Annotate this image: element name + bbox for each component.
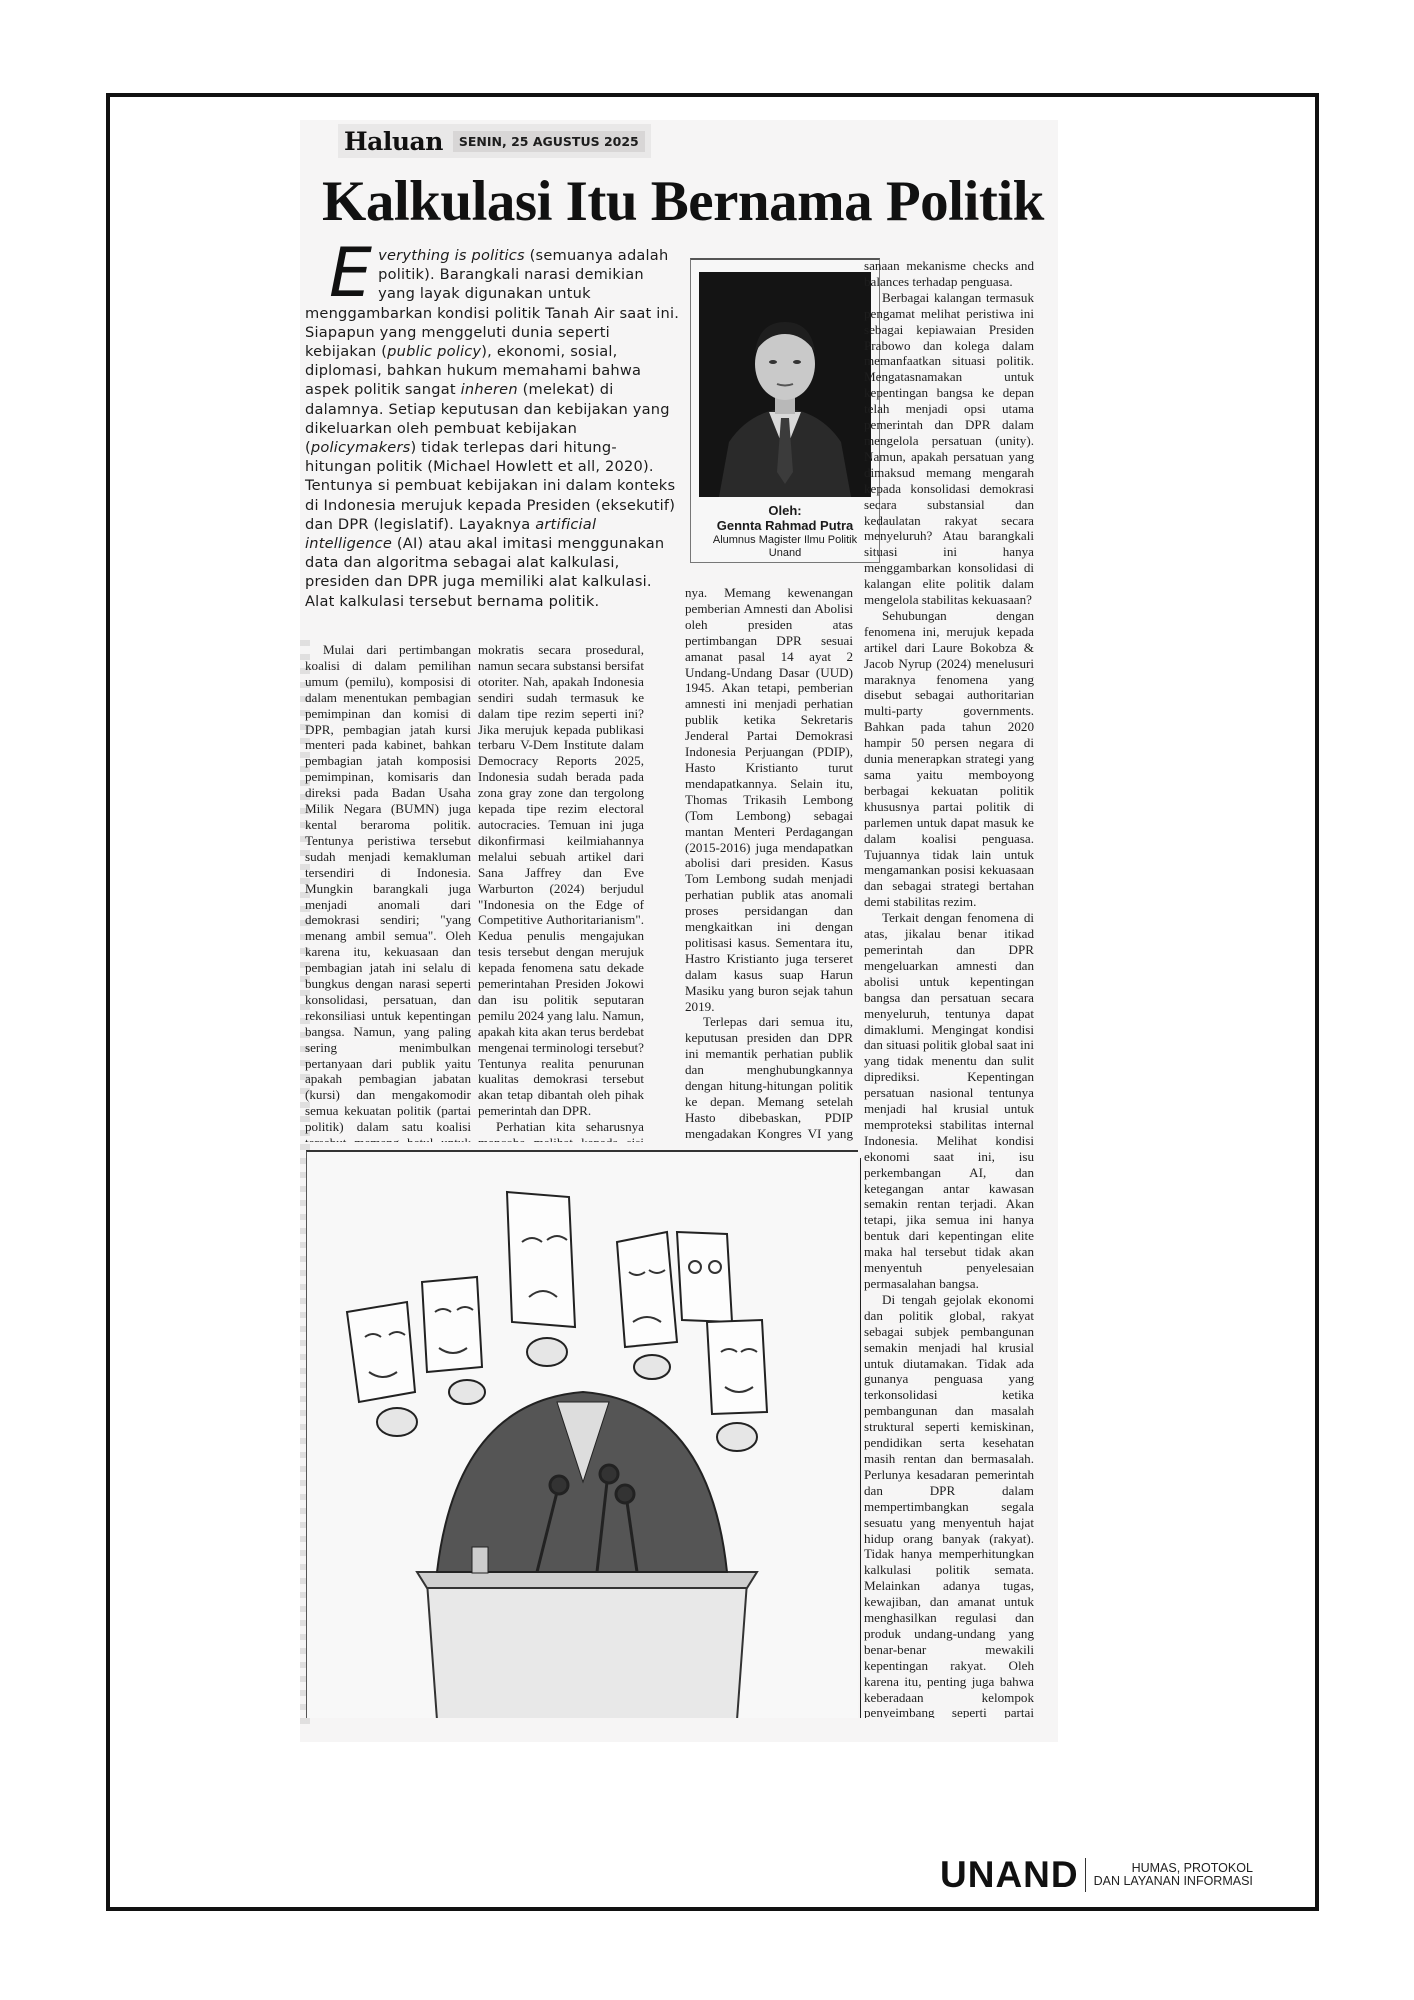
- author-box: Oleh: Gennta Rahmad Putra Alumnus Magist…: [690, 258, 880, 563]
- lead-italic: inheren: [461, 381, 518, 398]
- article-headline: Kalkulasi Itu Bernama Politik: [322, 170, 1052, 234]
- department-line-2: DAN LAYANAN INFORMASI: [1094, 1875, 1253, 1888]
- lead-italic: public policy: [387, 343, 481, 360]
- paragraph: Perhatian kita seharusnya mencoba meliha…: [478, 1119, 644, 1142]
- paragraph: Di tengah gejolak ekonomi dan politik gl…: [864, 1292, 1034, 1718]
- paragraph: Mulai dari pertimbangan koalisi di dalam…: [305, 642, 471, 1142]
- body-column-3: nya. Memang kewenangan pemberian Amnesti…: [685, 585, 853, 1145]
- article-lead: Everything is politics (semuanya adalah …: [305, 246, 683, 611]
- paragraph: Terkait dengan fenomena di atas, jikalau…: [864, 910, 1034, 1292]
- column-rule: [860, 1158, 861, 1718]
- paragraph: sanaan mekanisme checks and balances ter…: [864, 258, 1034, 290]
- body-column-4: sanaan mekanisme checks and balances ter…: [864, 258, 1034, 1718]
- newspaper-masthead: Haluan SENIN, 25 AGUSTUS 2025: [338, 124, 651, 158]
- paragraph: Berbagai kalangan termasuk pengamat meli…: [864, 290, 1034, 608]
- publication-date: SENIN, 25 AGUSTUS 2025: [453, 131, 645, 152]
- unand-wordmark: UNAND: [940, 1854, 1079, 1896]
- unand-footer-logo: UNAND HUMAS, PROTOKOL DAN LAYANAN INFORM…: [940, 1855, 1253, 1895]
- lead-italic: policymakers: [311, 439, 411, 456]
- body-column-1: Mulai dari pertimbangan koalisi di dalam…: [305, 642, 471, 1142]
- drop-cap: E: [329, 246, 372, 302]
- author-name: Gennta Rahmad Putra: [691, 518, 879, 533]
- newspaper-logo: Haluan: [344, 127, 443, 156]
- author-photo: [699, 272, 871, 497]
- editorial-illustration: [306, 1150, 858, 1718]
- author-portrait-icon: [699, 272, 871, 497]
- paragraph: Terlepas dari semua itu, keputusan presi…: [685, 1014, 853, 1145]
- author-label: Oleh:: [691, 503, 879, 518]
- paragraph: nya. Memang kewenangan pemberian Amnesti…: [685, 585, 853, 1014]
- author-affiliation: Alumnus Magister Ilmu Politik Unand: [691, 534, 879, 560]
- unand-department: HUMAS, PROTOKOL DAN LAYANAN INFORMASI: [1094, 1862, 1253, 1888]
- paragraph: Sehubungan dengan fenomena ini, merujuk …: [864, 608, 1034, 910]
- paragraph: mokratis secara prosedural, namun secara…: [478, 642, 644, 1119]
- logo-divider: [1085, 1858, 1086, 1892]
- lead-italic: verything is politics: [378, 247, 525, 264]
- body-column-2: mokratis secara prosedural, namun secara…: [478, 642, 644, 1142]
- caricature-masks-icon: [307, 1152, 858, 1718]
